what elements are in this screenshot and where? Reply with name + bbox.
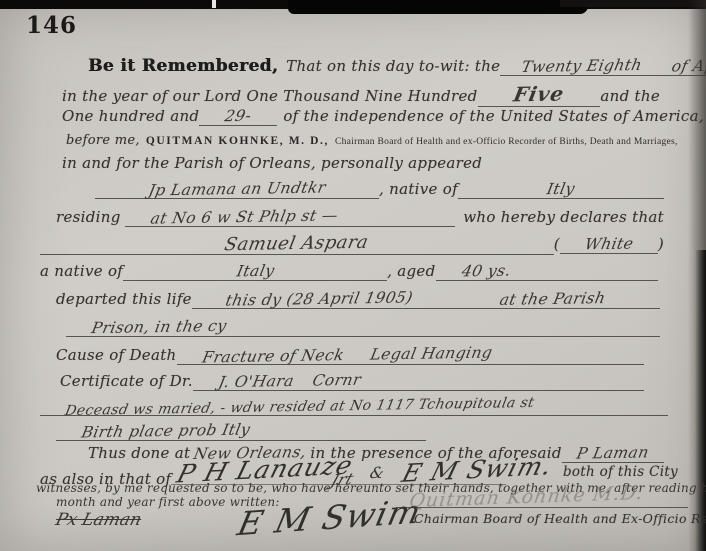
blank-certifier: J. O'Hara Cornr — [193, 371, 644, 391]
recorder-title: Chairman Board of Health and ex-Officio … — [335, 137, 678, 147]
form-line-nativity-age: a native of Italy , aged 40 ys. — [40, 261, 658, 281]
blank-independence-year: 29- — [199, 106, 277, 126]
recorder-name: QUITMAN KOHNKE, M. D., — [146, 135, 329, 147]
aged-text: , aged — [387, 262, 435, 281]
residing-text: residing — [56, 208, 121, 227]
handwritten-ampersand: & — [369, 464, 387, 482]
year-suffix-text: and the — [600, 87, 660, 106]
independence-suffix: of the independence of the United States… — [283, 107, 704, 126]
blank-residence: at No 6 w St Phlp st — — [125, 207, 456, 227]
handwritten-year: Five — [511, 82, 566, 107]
blank-day: Twenty Eighth — [500, 56, 664, 76]
handwritten-death-place: at the Parish — [498, 289, 607, 309]
year-printed-text: in the year of our Lord One Thousand Nin… — [62, 87, 478, 106]
blank-year: Five — [478, 82, 601, 107]
departed-text: departed this life — [56, 290, 192, 309]
page-number: 146 — [26, 12, 77, 39]
handwritten-deceased-name: Samuel Aspara — [223, 232, 370, 255]
blank-deceased-name: Samuel Aspara — [40, 233, 554, 255]
handwritten-aforesaid: P Laman — [575, 443, 650, 462]
independence-prefix: One hundred and — [62, 107, 199, 126]
blank-death-date: this dy (28 April 1905) — [192, 289, 446, 309]
declarant-mark-signature: Px Laman — [54, 510, 144, 530]
parish-text: in and for the Parish of Orleans, person… — [62, 154, 482, 173]
certificate-label: Certificate of Dr. — [60, 372, 193, 391]
both-city-text: both of this City — [563, 464, 678, 481]
handwritten-origin: Italy — [235, 262, 276, 281]
blank-death-place: at the Parish — [446, 289, 660, 309]
declares-text: who hereby declares that — [463, 208, 664, 227]
handwritten-birthplace: Birth place prob Itly — [80, 421, 252, 442]
scan-top-tick — [212, 0, 216, 8]
form-line-parish: in and for the Parish of Orleans, person… — [62, 154, 482, 173]
opening-text: That on this day to-wit: the — [286, 57, 500, 76]
scan-right-edge-dark — [695, 250, 706, 551]
form-line-independence: One hundred and 29- of the independence … — [62, 106, 654, 126]
handwritten-death-place2: Prison, in the cy — [90, 317, 228, 337]
form-line-footer: Chairman Board of Health and Ex-Officio … — [414, 511, 706, 527]
a-native-of-text: a native of — [40, 262, 123, 281]
opening-phrase: Be it Remembered, — [88, 56, 278, 76]
blank-month: of April — [664, 56, 706, 76]
form-line-both-city: both of this City — [563, 464, 678, 481]
blank-declarant: Jp Lamana an Undtkr — [95, 179, 379, 199]
cause-label: Cause of Death — [56, 346, 177, 365]
handwritten-certifier: J. O'Hara Cornr — [217, 371, 363, 391]
handwritten-age: 40 ys. — [460, 262, 512, 281]
blank-death-place2: Prison, in the cy — [66, 317, 660, 337]
form-line-recorder: before me, QUITMAN KOHNKE, M. D., Chairm… — [66, 133, 698, 149]
form-line-year: in the year of our Lord One Thousand Nin… — [62, 82, 660, 107]
blank-marital: Deceasd ws maried, - wdw resided at No 1… — [40, 396, 668, 416]
form-line-cause: Cause of Death Fracture of Neck Legal Ha… — [56, 345, 644, 365]
form-line-birthplace: Birth place prob Itly — [56, 421, 426, 441]
scan-top-edge-blob — [288, 0, 588, 14]
recorder-signature-rule — [396, 507, 688, 508]
blank-birthplace: Birth place prob Itly — [56, 421, 426, 441]
form-line-marital: Deceasd ws maried, - wdw resided at No 1… — [40, 396, 668, 416]
handwritten-residence: at No 6 w St Phlp st — — [149, 206, 340, 227]
handwritten-marital: Deceasd ws maried, - wdw resided at No 1… — [64, 395, 536, 419]
form-line-residence: residing at No 6 w St Phlp st — who here… — [56, 207, 664, 227]
native-of-text: , native of — [379, 180, 458, 199]
handwritten-death-date: this dy (28 April 1905) — [224, 288, 415, 309]
form-line-deceased-name: Samuel Aspara ( White ) — [40, 233, 664, 255]
form-line-death-place2: Prison, in the cy — [66, 317, 660, 337]
form-line-opening: Be it Remembered, That on this day to-wi… — [88, 56, 664, 76]
handwritten-race: White — [583, 235, 635, 254]
handwritten-declarant-origin: Itly — [545, 180, 576, 198]
form-line-declarant: Jp Lamana an Undtkr , native of Itly — [95, 179, 664, 199]
blank-age: 40 ys. — [436, 261, 658, 281]
recorder-footer-title: Chairman Board of Health and Ex-Officio … — [414, 511, 706, 527]
blank-aforesaid: P Laman — [562, 443, 664, 463]
before-me-text: before me, — [66, 133, 140, 149]
blank-race: White — [560, 234, 658, 254]
blank-origin: Italy — [123, 261, 387, 281]
scanned-document-page: 146 Be it Remembered, That on this day t… — [0, 0, 706, 551]
handwritten-independence-year: 29- — [223, 107, 253, 125]
handwritten-cause: Fracture of Neck Legal Hanging — [200, 343, 493, 366]
blank-cause: Fracture of Neck Legal Hanging — [177, 345, 644, 365]
handwritten-month: of April — [670, 56, 706, 75]
handwritten-declarant: Jp Lamana an Undtkr — [147, 178, 328, 199]
blank-declarant-origin: Itly — [458, 179, 664, 199]
scan-top-edge-blob-right — [560, 0, 706, 7]
form-line-death-date: departed this life this dy (28 April 190… — [56, 289, 660, 309]
form-line-certificate: Certificate of Dr. J. O'Hara Cornr — [60, 371, 644, 391]
handwritten-day: Twenty Eighth — [521, 56, 645, 76]
race-paren-close: ) — [658, 235, 664, 254]
